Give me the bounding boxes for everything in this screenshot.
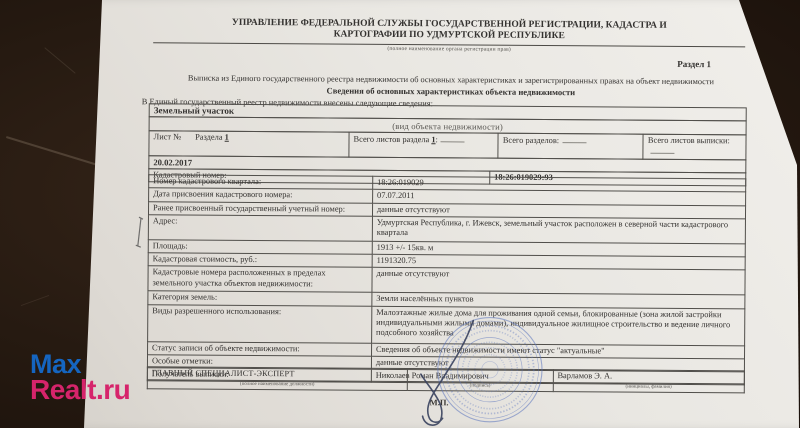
watermark-line2: Realt.ru — [30, 377, 130, 403]
row-label: Виды разрешенного использования: — [148, 304, 372, 343]
handwritten-signature — [403, 316, 534, 428]
document-subtitle: Сведения об основных характеристиках объ… — [151, 84, 751, 98]
registration-authority-name: УПРАВЛЕНИЕ ФЕДЕРАЛЬНОЙ СЛУЖБЫ ГОСУДАРСТВ… — [197, 18, 702, 44]
sheet-number-cell: Лист №Раздела 1 — [149, 131, 349, 157]
section-of-label: Раздела — [195, 133, 222, 142]
document-header: УПРАВЛЕНИЕ ФЕДЕРАЛЬНОЙ СЛУЖБЫ ГОСУДАРСТВ… — [153, 17, 745, 54]
total-extract-sheets-cell: Всего листов выписки: — [643, 134, 746, 159]
pen-bracket-mark — [134, 215, 146, 253]
row-value: данные отсутствуют — [372, 268, 745, 296]
total-extract-sheets-label: Всего листов выписки: — [648, 136, 730, 146]
row-label: Кадастровые номера расположенных в преде… — [148, 266, 372, 293]
row-label: Адрес: — [148, 214, 372, 241]
desk-scratch — [21, 295, 50, 306]
name-caption: (инициалы, фамилия) — [553, 383, 744, 393]
colon: : — [436, 135, 438, 144]
total-sections-cell: Всего разделов: — [498, 133, 643, 159]
sheet-label: Лист № — [154, 132, 182, 141]
position-caption: (полное наименование должности) — [147, 380, 407, 391]
section-number: 1 — [225, 133, 229, 142]
section-label: Раздел 1 — [581, 58, 711, 69]
row-value: Удмуртская Республика, г. Ижевск, земель… — [372, 216, 745, 244]
photo-of-document: УПРАВЛЕНИЕ ФЕДЕРАЛЬНОЙ СЛУЖБЫ ГОСУДАРСТВ… — [0, 0, 800, 428]
signer-name: Варламов Э. А. — [553, 370, 744, 385]
maxrealt-watermark: Max Realt.ru — [30, 352, 130, 403]
total-sheets-cell: Всего листов раздела 1: — [349, 132, 498, 158]
total-sections-label: Всего разделов: — [503, 136, 559, 145]
desk-scratch — [44, 47, 75, 73]
total-sheets-label: Всего листов раздела — [354, 135, 430, 145]
desk-scratch — [6, 136, 98, 166]
